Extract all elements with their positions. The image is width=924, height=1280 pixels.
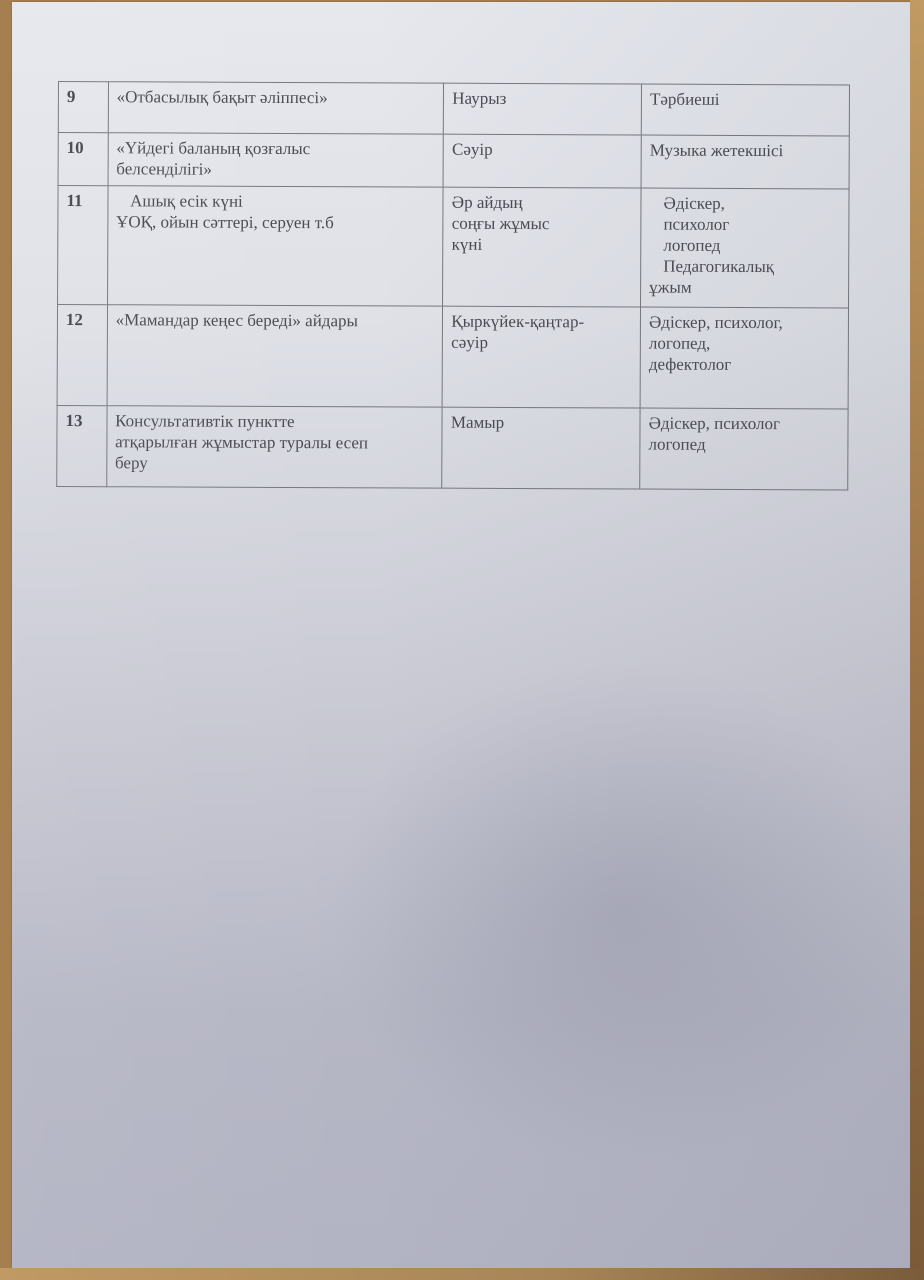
responsible-text: дефектолог bbox=[649, 354, 842, 376]
event-text: «Үйдегі баланың қозғалыс bbox=[116, 137, 437, 159]
table-row: 12 «Мамандар кеңес береді» айдары Қыркүй… bbox=[57, 305, 848, 409]
responsible-text: Педагогикалық bbox=[649, 256, 842, 278]
responsible-text: логопед, bbox=[649, 333, 842, 355]
date-text: сәуір bbox=[451, 332, 634, 354]
date-text: соңғы жұмыс bbox=[452, 213, 635, 235]
event-text: «Отбасылық бақыт әліппесі» bbox=[117, 86, 438, 108]
event-cell: «Мамандар кеңес береді» айдары bbox=[107, 305, 443, 407]
row-number: 11 bbox=[58, 186, 108, 305]
event-text: атқарылған жұмыстар туралы есеп bbox=[115, 431, 436, 453]
responsible-cell: Музыка жетекшісі bbox=[641, 135, 849, 189]
date-text: Мамыр bbox=[451, 412, 634, 434]
date-cell: Әр айдың соңғы жұмыс күні bbox=[443, 187, 641, 307]
date-cell: Қыркүйек-қаңтар- сәуір bbox=[442, 306, 640, 408]
table-row: 11 Ашық есік күні ҰОҚ, ойын сәттері, сер… bbox=[58, 186, 850, 308]
responsible-cell: Әдіскер, психолог логопед bbox=[640, 408, 848, 490]
responsible-cell: Әдіскер, психолог, логопед, дефектолог bbox=[640, 307, 848, 409]
row-number: 12 bbox=[57, 305, 107, 406]
responsible-text: логопед bbox=[648, 434, 841, 456]
row-number: 13 bbox=[57, 405, 107, 486]
event-plan-table: 9 «Отбасылық бақыт әліппесі» Наурыз Тәрб… bbox=[56, 81, 850, 490]
event-text: Консультативтік пунктте bbox=[115, 410, 436, 432]
date-cell: Мамыр bbox=[442, 407, 640, 489]
date-cell: Наурыз bbox=[444, 83, 642, 135]
event-text: Ашық есік күні bbox=[116, 190, 437, 212]
paper-sheet: 9 «Отбасылық бақыт әліппесі» Наурыз Тәрб… bbox=[12, 2, 910, 1268]
event-text: ҰОҚ, ойын сәттері, серуен т.б bbox=[116, 211, 437, 233]
event-cell: «Отбасылық бақыт әліппесі» bbox=[108, 82, 444, 134]
row-number: 10 bbox=[58, 133, 108, 186]
event-text: белсенділігі» bbox=[116, 158, 437, 180]
table-row: 10 «Үйдегі баланың қозғалыс белсенділігі… bbox=[58, 133, 849, 189]
date-text: Наурыз bbox=[452, 88, 635, 110]
responsible-text: Әдіскер, bbox=[650, 193, 843, 215]
event-cell: Ашық есік күні ҰОҚ, ойын сәттері, серуен… bbox=[107, 186, 443, 306]
responsible-text: Әдіскер, психолог bbox=[649, 413, 842, 435]
responsible-text: логопед bbox=[649, 235, 842, 257]
row-number: 9 bbox=[58, 82, 108, 133]
date-cell: Сәуір bbox=[443, 134, 641, 188]
responsible-text: психолог bbox=[649, 214, 842, 236]
date-text: Әр айдың bbox=[452, 192, 635, 214]
event-cell: «Үйдегі баланың қозғалыс белсенділігі» bbox=[108, 133, 444, 187]
date-text: Қыркүйек-қаңтар- bbox=[451, 311, 634, 333]
responsible-text: Тәрбиеші bbox=[650, 89, 843, 111]
responsible-text: Әдіскер, психолог, bbox=[649, 312, 842, 334]
date-text: күні bbox=[452, 234, 635, 256]
event-text: беру bbox=[115, 452, 436, 474]
responsible-cell: Тәрбиеші bbox=[641, 84, 849, 136]
date-text: Сәуір bbox=[452, 139, 635, 161]
responsible-text: ұжым bbox=[649, 277, 842, 299]
table-row: 13 Консультативтік пунктте атқарылған жұ… bbox=[57, 405, 848, 489]
table-row: 9 «Отбасылық бақыт әліппесі» Наурыз Тәрб… bbox=[58, 82, 849, 136]
responsible-text: Музыка жетекшісі bbox=[650, 140, 843, 162]
responsible-cell: Әдіскер, психолог логопед Педагогикалық … bbox=[641, 188, 849, 308]
event-text: «Мамандар кеңес береді» айдары bbox=[116, 309, 437, 331]
event-cell: Консультативтік пунктте атқарылған жұмыс… bbox=[106, 406, 442, 488]
desk-surface-edge bbox=[910, 0, 924, 1280]
desk-surface-edge bbox=[0, 1268, 924, 1280]
